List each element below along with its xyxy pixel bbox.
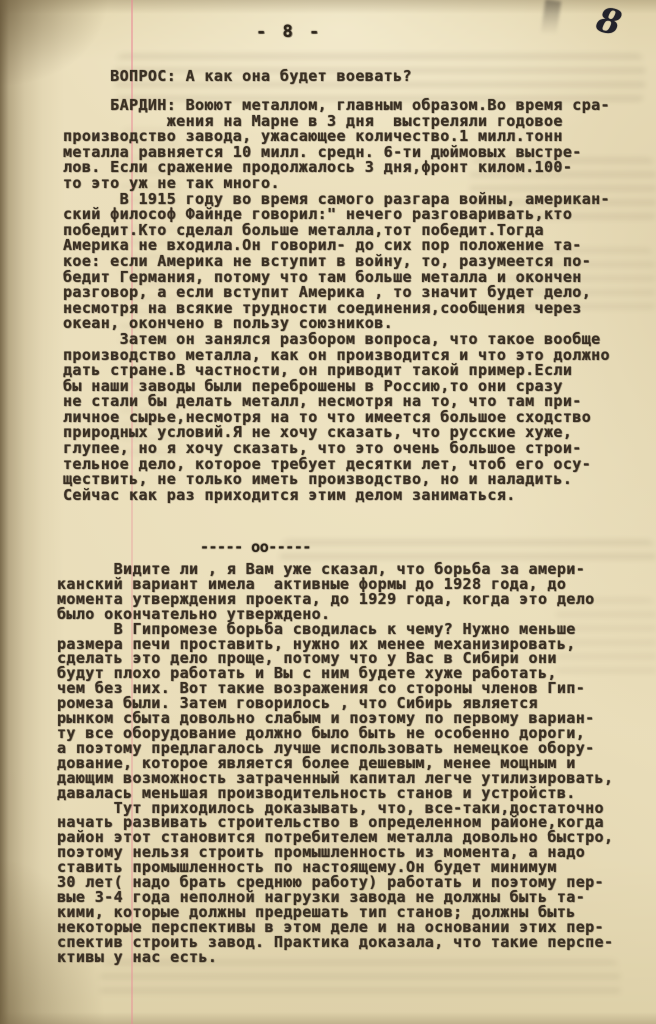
question-line: ВОПРОС: А как она будет воевать?	[63, 69, 412, 85]
bottom-edge-shadow	[0, 1012, 656, 1024]
section-separator: ----- оо-----	[200, 538, 311, 556]
answer-block-2: Видите ли , я Вам уже сказал, что борьба…	[57, 562, 613, 964]
ink-smudge	[541, 0, 562, 35]
answer-block-1: БАРДИН: Воюют металлом, главным образом.…	[63, 98, 610, 503]
bleed-through-smudge	[100, 960, 620, 1002]
document-page: - 8 - 8 ВОПРОС: А как она будет воевать?…	[0, 0, 656, 1024]
typed-page-number: - 8 -	[256, 22, 322, 42]
